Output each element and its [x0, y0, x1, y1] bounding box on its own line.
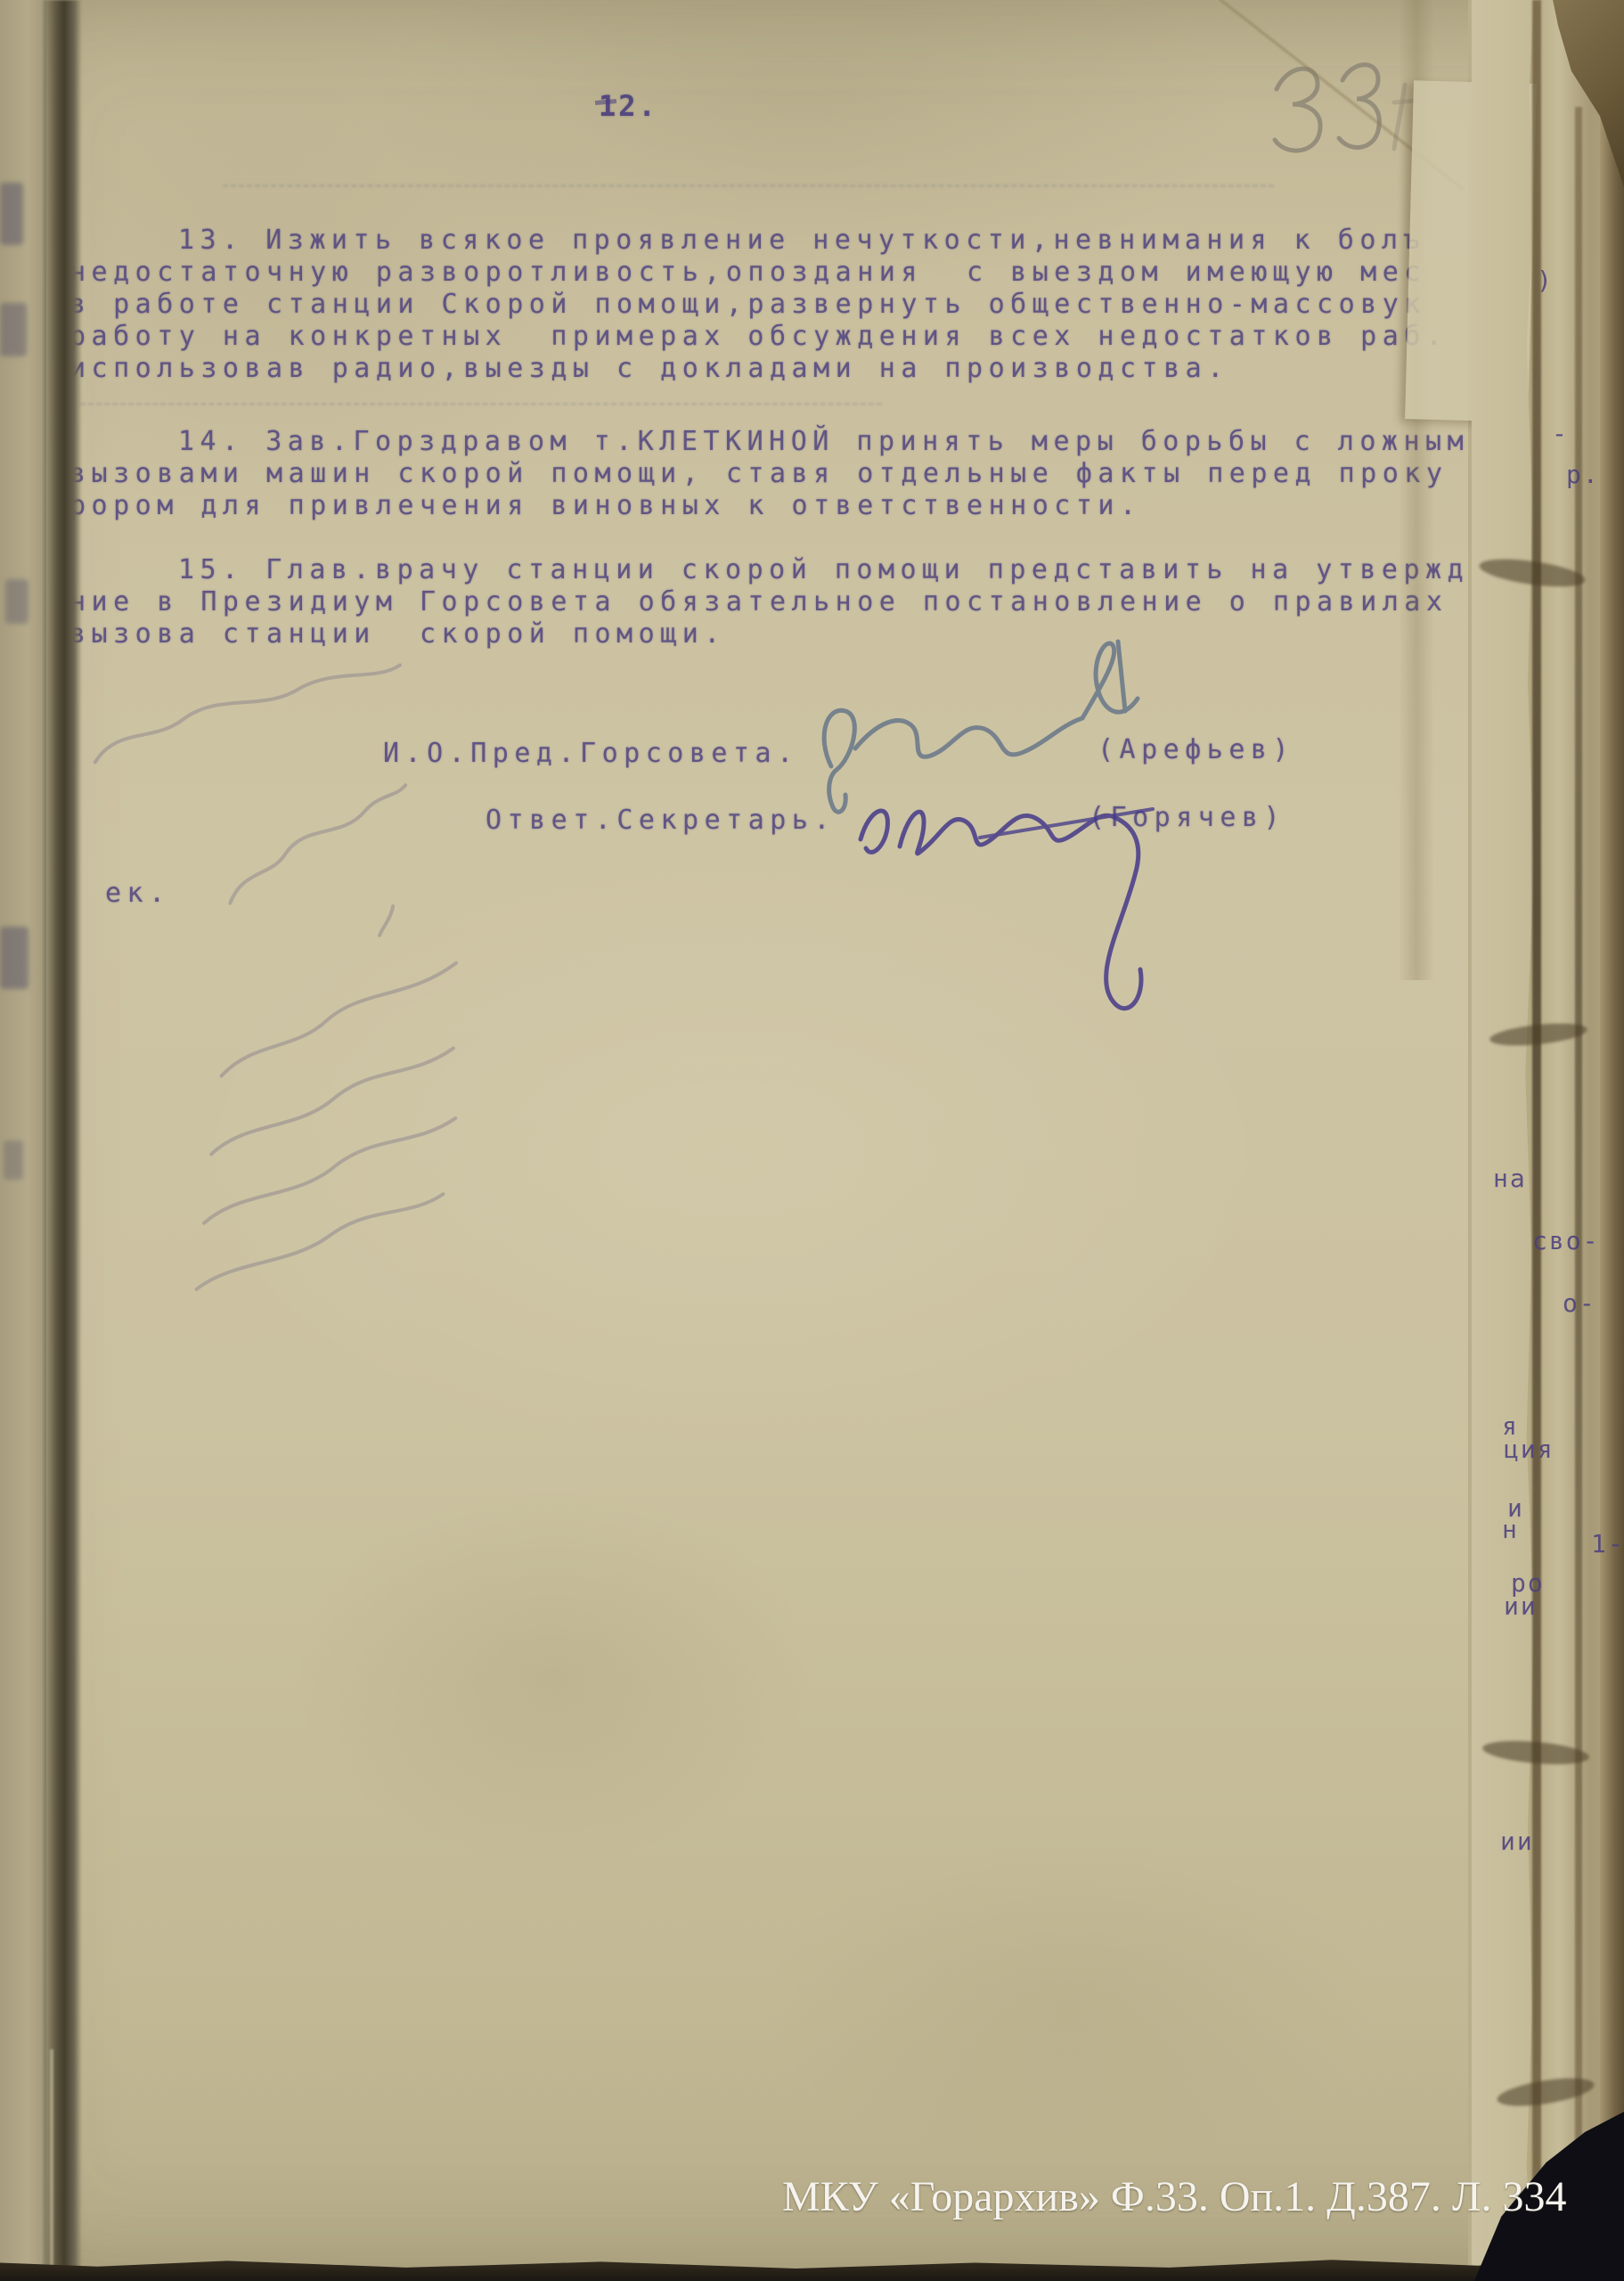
edge-text-fragment: на: [1493, 1164, 1527, 1193]
left-edge-ink-smudge: [5, 579, 29, 624]
paragraph-15-line: вызова станции скорой помощи.: [69, 618, 726, 650]
left-edge-ink-smudge: [4, 1140, 23, 1180]
paragraph-13-line: в работе станции Скорой помощи,развернут…: [69, 289, 1426, 320]
gutter-highlight: [50, 2049, 53, 2272]
edge-text-fragment: ии: [1504, 1591, 1538, 1621]
paragraph-14-line: вызовами машин скорой помощи, ставя отде…: [69, 458, 1448, 489]
left-edge-ink-smudge: [0, 183, 23, 245]
show-through-line: [223, 184, 1274, 187]
show-through-line: [80, 403, 882, 405]
edge-text-fragment: сво-: [1532, 1226, 1599, 1255]
paragraph-13-line: работу на конкретных примерах обсуждения…: [69, 321, 1448, 352]
ink-signature-goryachev: [848, 757, 1196, 1025]
torn-crevice: [1575, 107, 1582, 2281]
right-edge-shadow: [1600, 0, 1624, 2281]
archival-document-page: 12. 334 13. Изжить всякое проявление неч…: [0, 0, 1624, 2281]
edge-text-fragment: ): [1537, 266, 1554, 295]
page-number: 12.: [599, 89, 658, 123]
paragraph-13-line: использовав радио,выезды с докладами на …: [69, 353, 1229, 384]
book-gutter-shadow: [43, 0, 82, 2281]
paragraph-13-line: недостаточную разворотливость,опоздания …: [69, 257, 1426, 288]
paragraph-15-line: 15. Глав.врачу станции скорой помощи пре…: [178, 554, 1491, 585]
torn-crevice: [1532, 0, 1541, 2281]
paragraph-14-line: 14. Зав.Горздравом т.КЛЕТКИНОЙ принять м…: [178, 426, 1469, 457]
edge-text-fragment: ция: [1504, 1435, 1555, 1464]
edge-text-fragment: р.: [1566, 460, 1600, 489]
left-edge-ink-smudge: [0, 303, 27, 356]
left-edge-ink-smudge: [0, 927, 29, 989]
edge-text-fragment: ии: [1500, 1827, 1534, 1856]
bleed-through-handwriting: [45, 629, 640, 1350]
paragraph-15-line: ние в Президиум Горсовета обязательное п…: [69, 586, 1448, 617]
next-page-torn-strip: [1472, 0, 1534, 2281]
paragraph-13-line: 13. Изжить всякое проявление нечуткости,…: [178, 225, 1425, 256]
edge-text-fragment: н: [1502, 1515, 1519, 1544]
paragraph-14-line: рором для привлечения виновных к ответст…: [69, 490, 1142, 521]
edge-text-fragment: 1-: [1591, 1529, 1624, 1558]
archive-watermark: МКУ «Горархив» Ф.33. Оп.1. Д.387. Л. 334: [782, 2172, 1566, 2221]
edge-text-fragment: о-: [1563, 1288, 1596, 1318]
bottom-page-edge-shadow: [0, 2233, 1624, 2281]
edge-text-fragment: -: [1552, 419, 1569, 448]
